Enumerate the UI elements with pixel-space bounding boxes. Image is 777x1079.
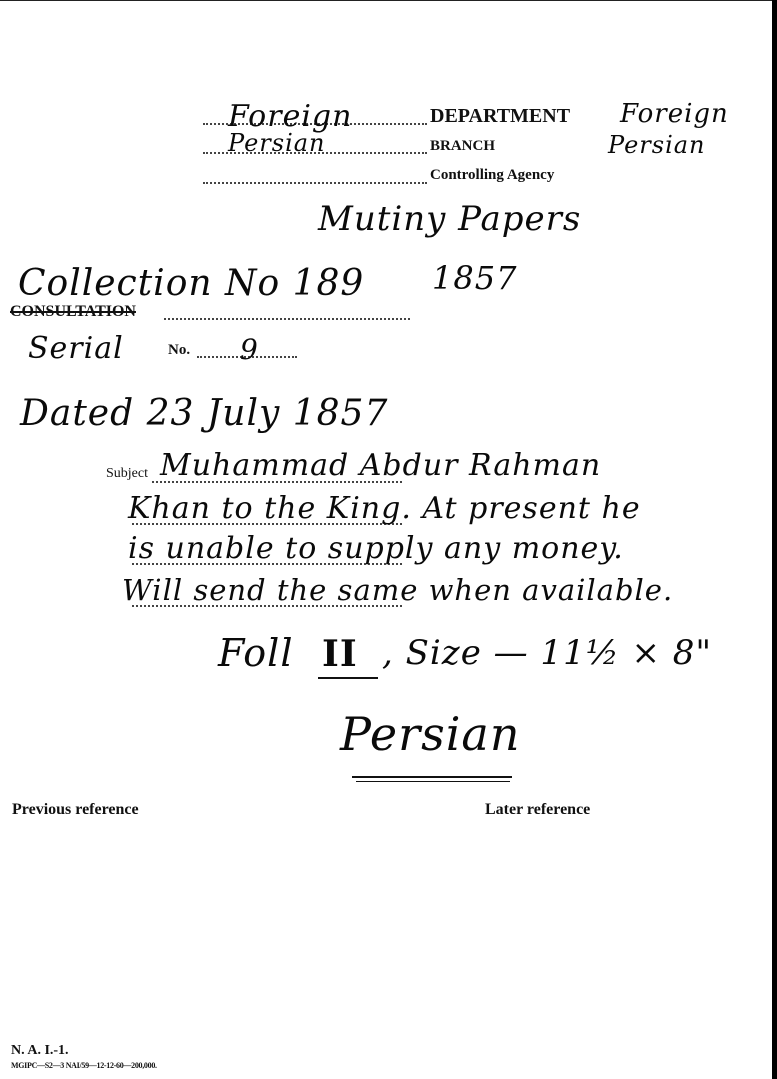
page-right-border: [772, 0, 777, 1079]
serial-number-handwritten: 9: [240, 333, 259, 366]
folio-number-underline: [318, 677, 378, 679]
serial-prefix-handwritten: Serial: [28, 331, 124, 366]
language-underline-1: [352, 776, 512, 778]
branch-handwritten-right: Persian: [608, 131, 706, 159]
consultation-dotted-line: [164, 318, 410, 320]
branch-handwritten-left: Persian: [228, 129, 326, 157]
branch-label: BRANCH: [430, 138, 495, 155]
subject-label: Subject: [106, 466, 148, 482]
subject-line-3: is unable to supply any money.: [128, 531, 624, 566]
folio-handwritten: Foll: [218, 631, 293, 675]
subject-line-1: Muhammad Abdur Rahman: [160, 448, 601, 483]
language-handwritten: Persian: [340, 707, 520, 761]
later-reference-label: Later reference: [485, 801, 590, 819]
footer-print-line: MGIPC—S2—3 NAI/59—12-12-60—200,000.: [11, 1061, 157, 1070]
controlling-agency-dotted-line: [203, 182, 427, 184]
collection-handwritten: Collection No 189: [18, 263, 364, 304]
serial-no-label: No.: [168, 342, 190, 359]
subject-line-4: Will send the same when available.: [122, 573, 673, 607]
subject-line-2: Khan to the King. At present he: [128, 491, 641, 526]
department-handwritten-right: Foreign: [620, 99, 729, 129]
footer-form-code: N. A. I.-1.: [11, 1043, 69, 1059]
department-label: DEPARTMENT: [430, 105, 570, 128]
document-page: Foreign DEPARTMENT Foreign Persian BRANC…: [0, 0, 772, 1079]
dated-handwritten: Dated 23 July 1857: [20, 393, 388, 434]
collection-year-handwritten: 1857: [432, 259, 517, 297]
consultation-label-struck: CONSULTATION: [10, 303, 136, 321]
controlling-agency-label: Controlling Agency: [430, 167, 554, 184]
language-underline-2: [356, 781, 510, 782]
previous-reference-label: Previous reference: [12, 801, 139, 819]
folio-number-handwritten: II: [322, 633, 358, 675]
mutiny-papers-heading: Mutiny Papers: [318, 199, 581, 239]
size-handwritten: , Size — 11½ × 8": [382, 633, 712, 673]
